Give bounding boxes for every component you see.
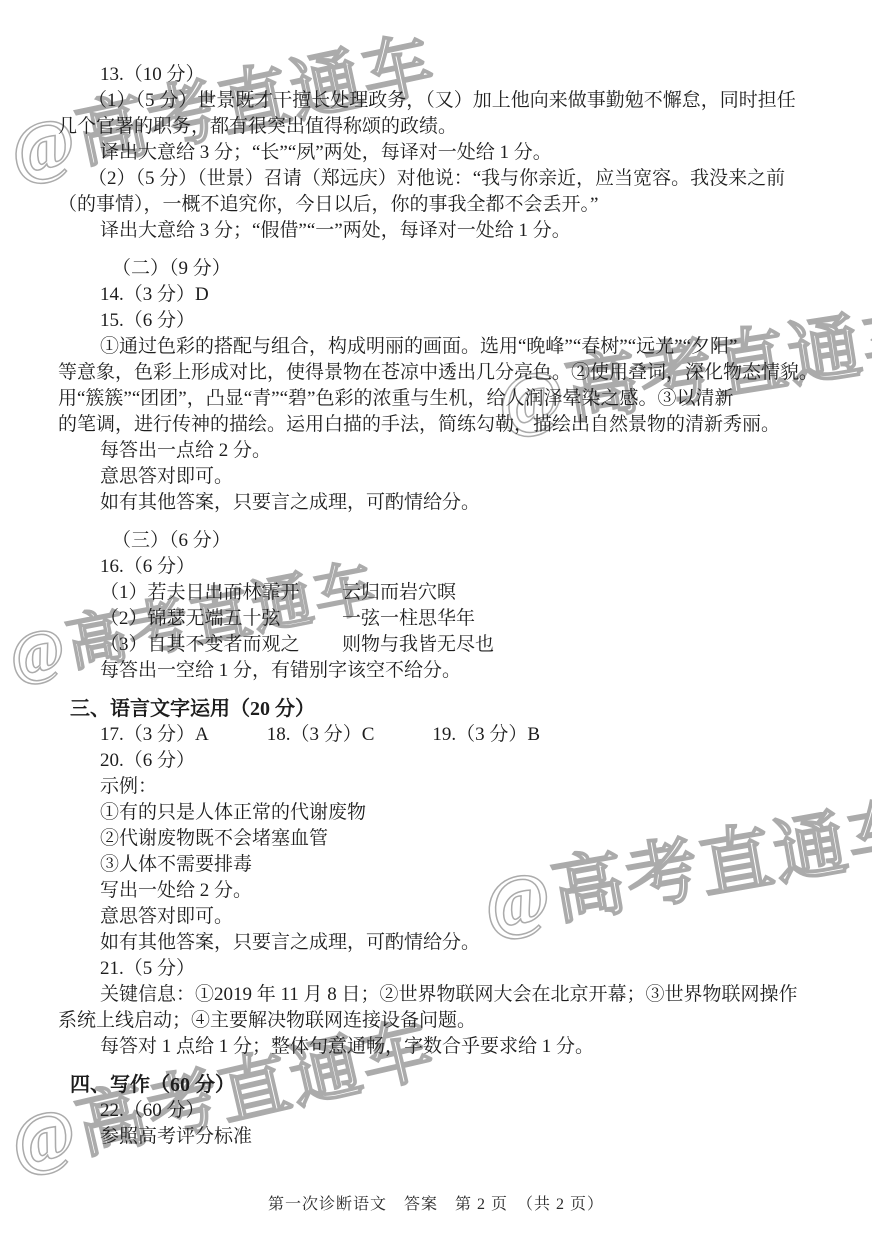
text-line: ①有的只是人体正常的代谢废物 bbox=[100, 800, 872, 826]
document-body: 13.（10 分）（1）（5 分）世景既才干擅长处理政务，（又）加上他向来做事勤… bbox=[0, 62, 872, 1150]
text-line: 15.（6 分） bbox=[100, 308, 872, 334]
text-line: 的笔调，进行传神的描绘。运用白描的手法，简练勾勒，描绘出自然景物的清新秀丽。 bbox=[58, 412, 872, 438]
text-line: 译出大意给 3 分；“长”“夙”两处，每译对一处给 1 分。 bbox=[100, 140, 872, 166]
text-line: 意思答对即可。 bbox=[100, 464, 872, 490]
choice-answer-item: 19.（3 分）B bbox=[432, 722, 540, 748]
page-footer: 第一次诊断语文 答案 第 2 页 （共 2 页） bbox=[0, 1192, 872, 1218]
text-line: ②代谢废物既不会堵塞血管 bbox=[100, 826, 872, 852]
subsection-heading: （三）（6 分） bbox=[112, 528, 872, 554]
text-line: 用“簇簇”“团团”，凸显“青”“碧”色彩的浓重与生机，给人润泽晕染之感。③以清新 bbox=[58, 386, 872, 412]
text-line: （2）（5 分）（世景）召请（郑远庆）对他说：“我与你亲近，应当宽容。我没来之前 bbox=[88, 166, 872, 192]
text-line: 每答出一空给 1 分，有错别字该空不给分。 bbox=[100, 658, 872, 684]
text-line: 示例： bbox=[100, 774, 872, 800]
fill-in-answer-line: （2）锦瑟无端五十弦一弦一柱思华年 bbox=[100, 606, 872, 632]
text-line: 关键信息：①2019 年 11 月 8 日；②世界物联网大会在北京开幕；③世界物… bbox=[100, 982, 872, 1008]
text-line: 等意象，色彩上形成对比，使得景物在苍凉中透出几分亮色。②使用叠词，深化物态情貌。 bbox=[58, 360, 872, 386]
text-line: 如有其他答案，只要言之成理，可酌情给分。 bbox=[100, 930, 872, 956]
text-line: 写出一处给 2 分。 bbox=[100, 878, 872, 904]
text-line: 14.（3 分）D bbox=[100, 282, 872, 308]
text-line: 21.（5 分） bbox=[100, 956, 872, 982]
answer-sheet-page: @高考直通车 @高考直通车 @高考直通车 @高考直通车 @高考直通车 13.（1… bbox=[0, 0, 872, 1250]
fill-in-answer-line: （1）若夫日出而林霏开云归而岩穴暝 bbox=[100, 580, 872, 606]
text-line: （的事情），一概不追究你，今日以后，你的事我全都不会丢开。” bbox=[58, 192, 872, 218]
line-gap bbox=[0, 684, 872, 696]
section-heading: 四、写作（60 分） bbox=[70, 1072, 872, 1098]
fill-in-answer-line: （3）自其不变者而观之则物与我皆无尽也 bbox=[100, 632, 872, 658]
text-line: 16.（6 分） bbox=[100, 554, 872, 580]
text-line: （1）（5 分）世景既才干擅长处理政务，（又）加上他向来做事勤勉不懈怠，同时担任 bbox=[88, 88, 872, 114]
text-line: 意思答对即可。 bbox=[100, 904, 872, 930]
text-line: 如有其他答案，只要言之成理，可酌情给分。 bbox=[100, 490, 872, 516]
text-line: 几个官署的职务，都有很突出值得称颂的政绩。 bbox=[58, 114, 872, 140]
line-gap bbox=[0, 1060, 872, 1072]
text-line: ③人体不需要排毒 bbox=[100, 852, 872, 878]
text-line: 13.（10 分） bbox=[100, 62, 872, 88]
text-line: 每答出一点给 2 分。 bbox=[100, 438, 872, 464]
answer-second-blank: 则物与我皆无尽也 bbox=[342, 634, 494, 655]
text-line: 译出大意给 3 分；“假借”“一”两处，每译对一处给 1 分。 bbox=[100, 218, 872, 244]
text-line: 参照高考评分标准 bbox=[100, 1124, 872, 1150]
section-heading: 三、语言文字运用（20 分） bbox=[70, 696, 872, 722]
text-line: 22.（60 分） bbox=[100, 1098, 872, 1124]
text-line: ①通过色彩的搭配与组合，构成明丽的画面。选用“晚峰”“春树”“远光”“夕阳” bbox=[100, 334, 872, 360]
choice-answer-item: 17.（3 分）A bbox=[100, 722, 209, 748]
text-line: 每答对 1 点给 1 分；整体句意通畅，字数合乎要求给 1 分。 bbox=[100, 1034, 872, 1060]
choice-answer-item: 18.（3 分）C bbox=[267, 722, 375, 748]
answer-second-blank: 云归而岩穴暝 bbox=[342, 582, 456, 603]
answer-first-blank: （2）锦瑟无端五十弦 bbox=[100, 606, 342, 632]
line-gap bbox=[0, 244, 872, 256]
answer-first-blank: （1）若夫日出而林霏开 bbox=[100, 580, 342, 606]
text-line: 20.（6 分） bbox=[100, 748, 872, 774]
answer-first-blank: （3）自其不变者而观之 bbox=[100, 632, 342, 658]
subsection-heading: （二）（9 分） bbox=[112, 256, 872, 282]
line-gap bbox=[0, 516, 872, 528]
answer-second-blank: 一弦一柱思华年 bbox=[342, 608, 475, 629]
text-line: 系统上线启动；④主要解决物联网连接设备问题。 bbox=[58, 1008, 872, 1034]
choice-answers-row: 17.（3 分）A18.（3 分）C19.（3 分）B bbox=[100, 722, 872, 748]
